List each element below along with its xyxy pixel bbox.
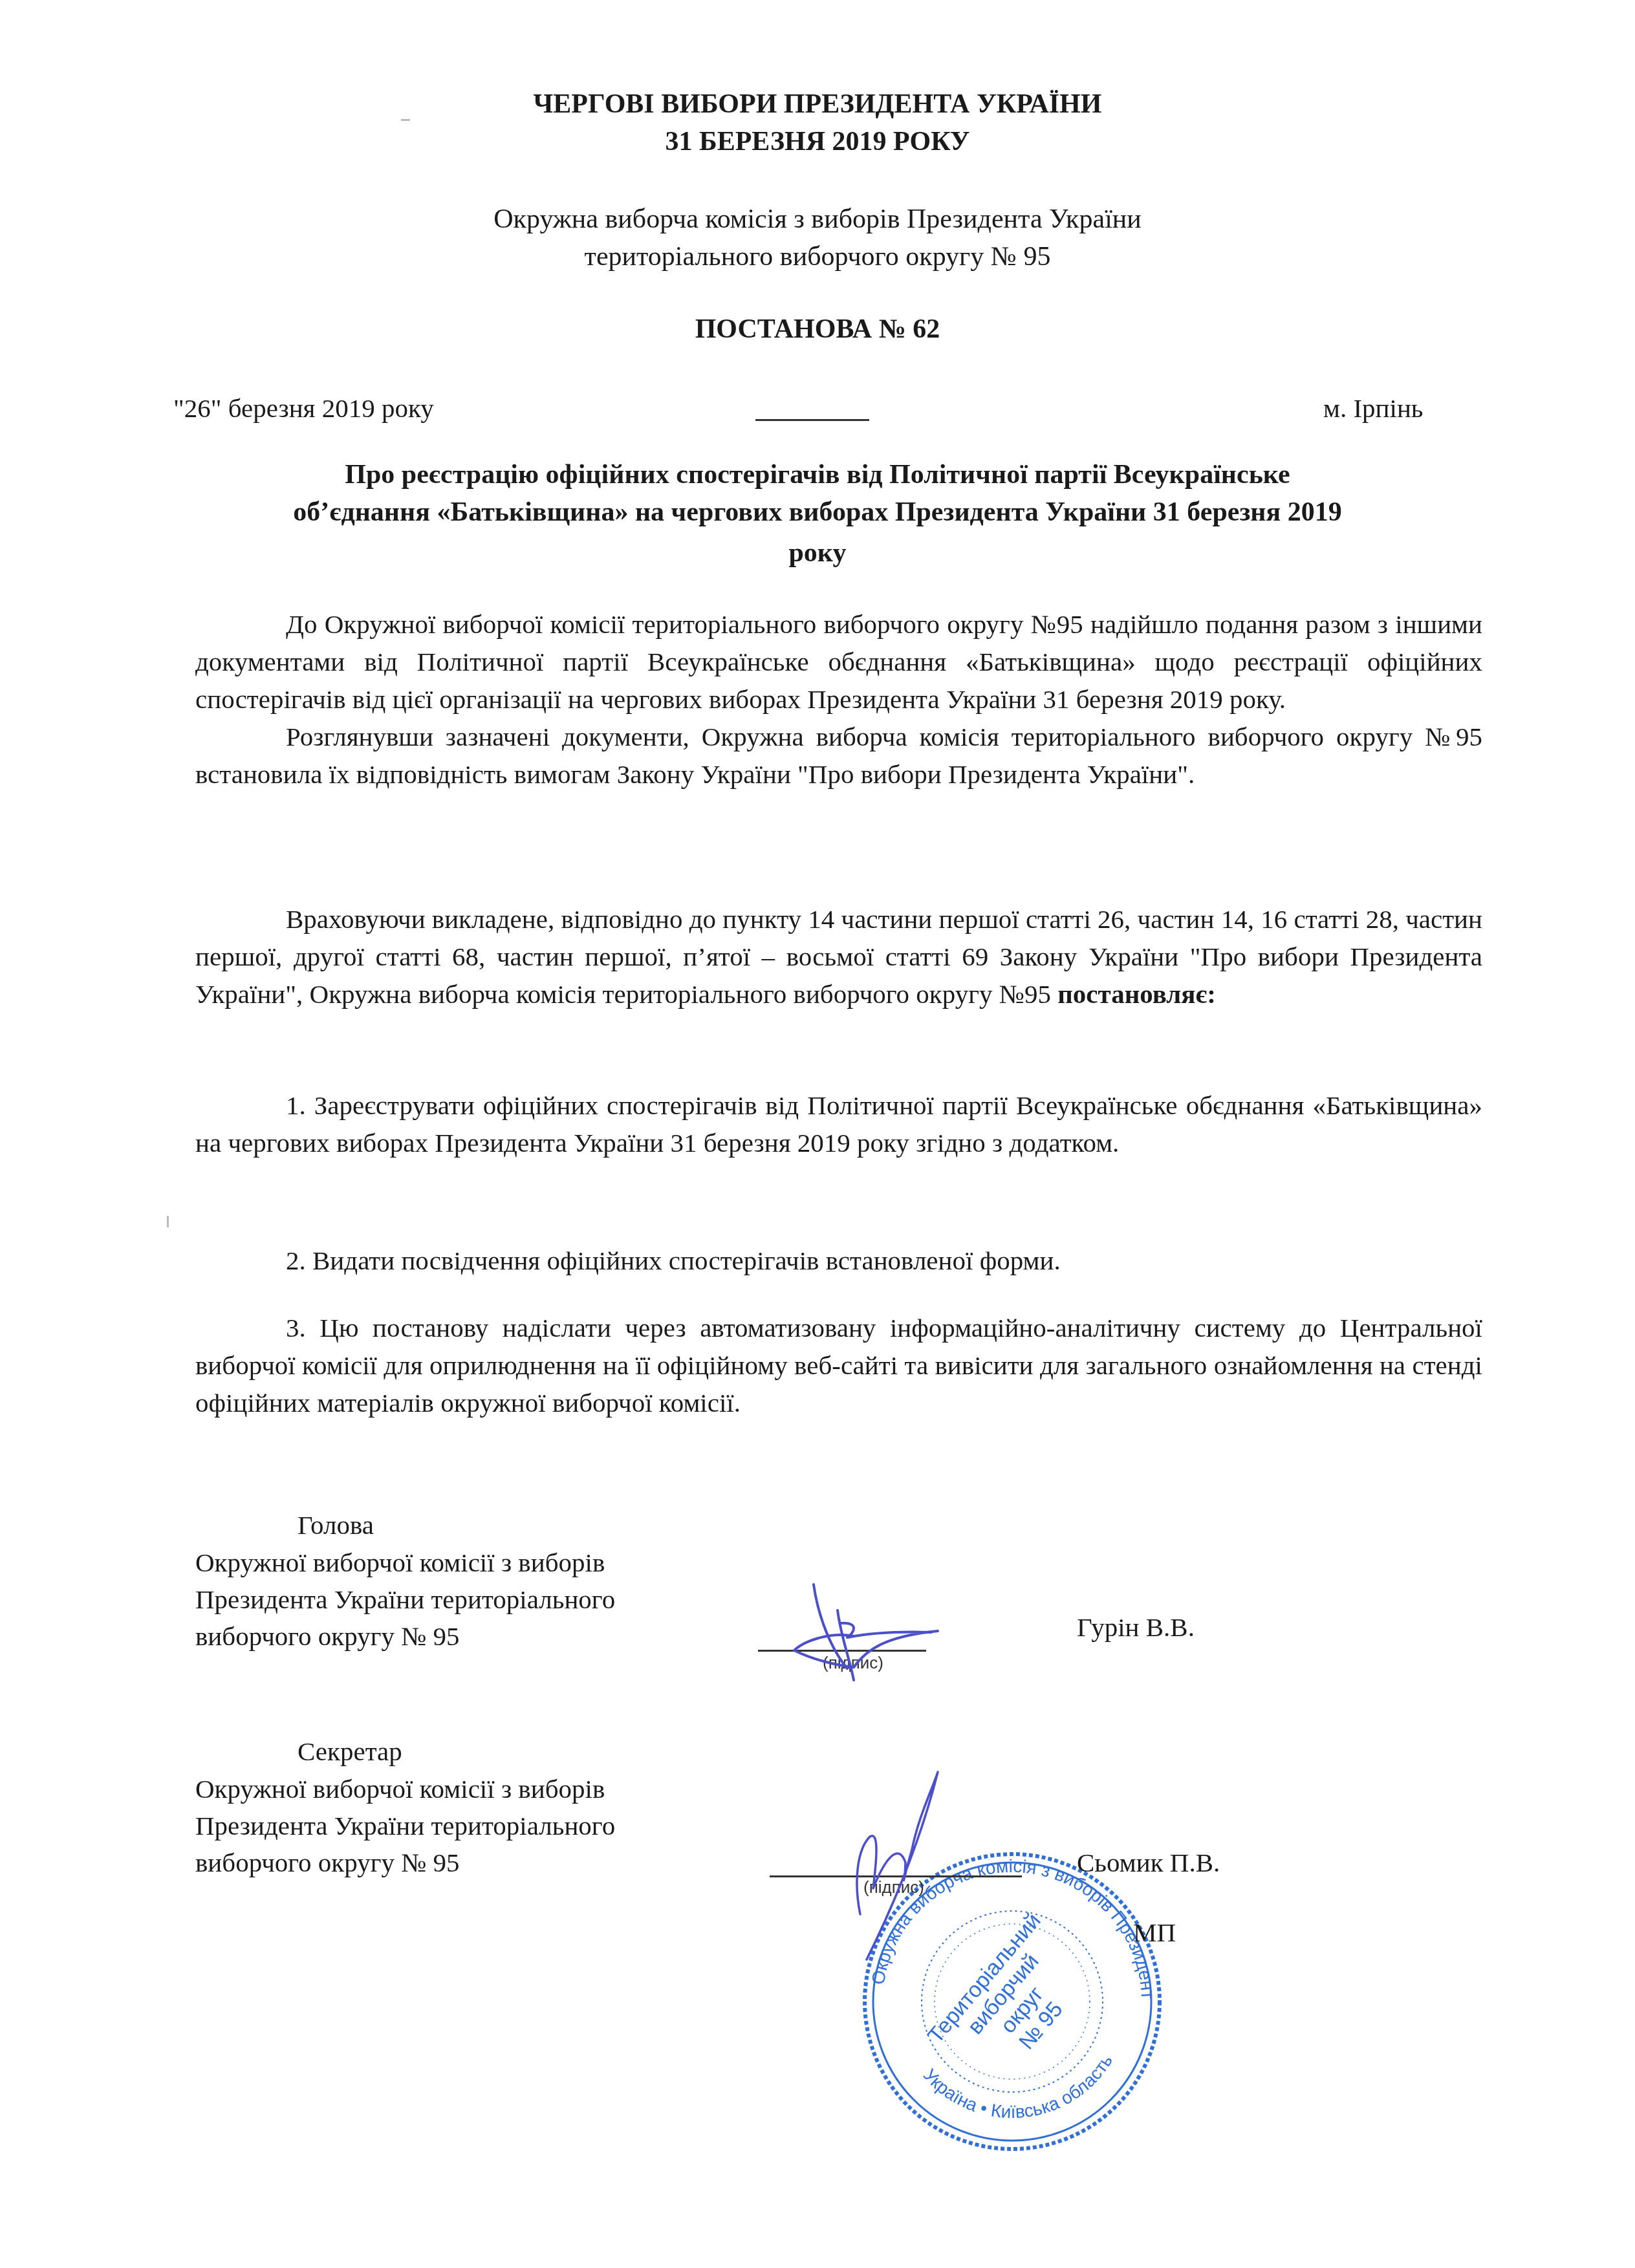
secretary-role: Секретар — [298, 1733, 402, 1770]
document-city: м. Ірпінь — [1323, 389, 1424, 427]
body-paragraphs-1-2: До Окружної виборчої комісії територіаль… — [195, 605, 1482, 793]
secretary-name: Сьомик П.В. — [1077, 1844, 1220, 1881]
secretary-title-line3: виборчого округу № 95 — [195, 1844, 460, 1881]
subject-line2: об’єднання «Батьківщина» на чергових виб… — [0, 493, 1635, 531]
resolution-title: ПОСТАНОВА № 62 — [0, 310, 1635, 348]
document-date: "26" березня 2019 року — [173, 389, 434, 427]
subject-line3: року — [0, 534, 1635, 572]
resolution-item-1: 1. Зареєструвати офіційних спостерігачів… — [195, 1086, 1482, 1161]
chair-title-line3: виборчого округу № 95 — [195, 1618, 460, 1655]
stamp-lower-text: Україна • Київська область — [920, 2051, 1117, 2122]
seal-place-mark: МП — [1133, 1914, 1176, 1951]
item-publish-resolution: 3. Цю постанову надіслати через автомати… — [195, 1309, 1482, 1421]
resolution-item-3: 3. Цю постанову надіслати через автомати… — [195, 1309, 1482, 1421]
secretary-signature-scribble-icon — [808, 1753, 964, 1966]
item-issue-certificates: 2. Видати посвідчення офіційних спостері… — [195, 1242, 1482, 1279]
resolution-item-2: 2. Видати посвідчення офіційних спостері… — [195, 1242, 1482, 1279]
secretary-title-line1: Окружної виборчої комісії з виборів — [195, 1771, 605, 1808]
secretary-title-line2: Президента України територіального — [195, 1808, 615, 1844]
document-number-blank-line — [755, 419, 869, 421]
chair-signature-scribble-icon — [776, 1571, 970, 1701]
resolves-keyword: постановляє: — [1057, 979, 1216, 1009]
commission-line2: територіального виборчого округу № 95 — [0, 238, 1635, 275]
body-paragraph-3: Враховуючи викладене, відповідно до пунк… — [195, 900, 1482, 1013]
scan-speck — [167, 1216, 169, 1227]
chair-title-line2: Президента України територіального — [195, 1581, 615, 1618]
chair-title-line1: Окружної виборчої комісії з виборів — [195, 1544, 605, 1581]
election-title-line2: 31 БЕРЕЗНЯ 2019 РОКУ — [0, 123, 1635, 160]
chair-name: Гурін В.В. — [1077, 1609, 1195, 1646]
chair-role: Голова — [298, 1507, 374, 1544]
subject-line1: Про реєстрацію офіційних спостерігачів в… — [0, 456, 1635, 493]
scan-speck — [401, 119, 410, 121]
paragraph-review: Розглянувши зазначені документи, Окружна… — [195, 718, 1482, 793]
item-register-observers: 1. Зареєструвати офіційних спостерігачів… — [195, 1086, 1482, 1161]
svg-text:Україна • Київська область: Україна • Київська область — [920, 2051, 1117, 2122]
commission-line1: Окружна виборча комісія з виборів Презид… — [0, 200, 1635, 238]
election-title-line1: ЧЕРГОВІ ВИБОРИ ПРЕЗИДЕНТА УКРАЇНИ — [0, 85, 1635, 123]
paragraph-legal-basis: Враховуючи викладене, відповідно до пунк… — [195, 900, 1482, 1013]
paragraph-incoming-submission: До Окружної виборчої комісії територіаль… — [195, 605, 1482, 718]
legal-basis-text: Враховуючи викладене, відповідно до пунк… — [195, 904, 1482, 1009]
